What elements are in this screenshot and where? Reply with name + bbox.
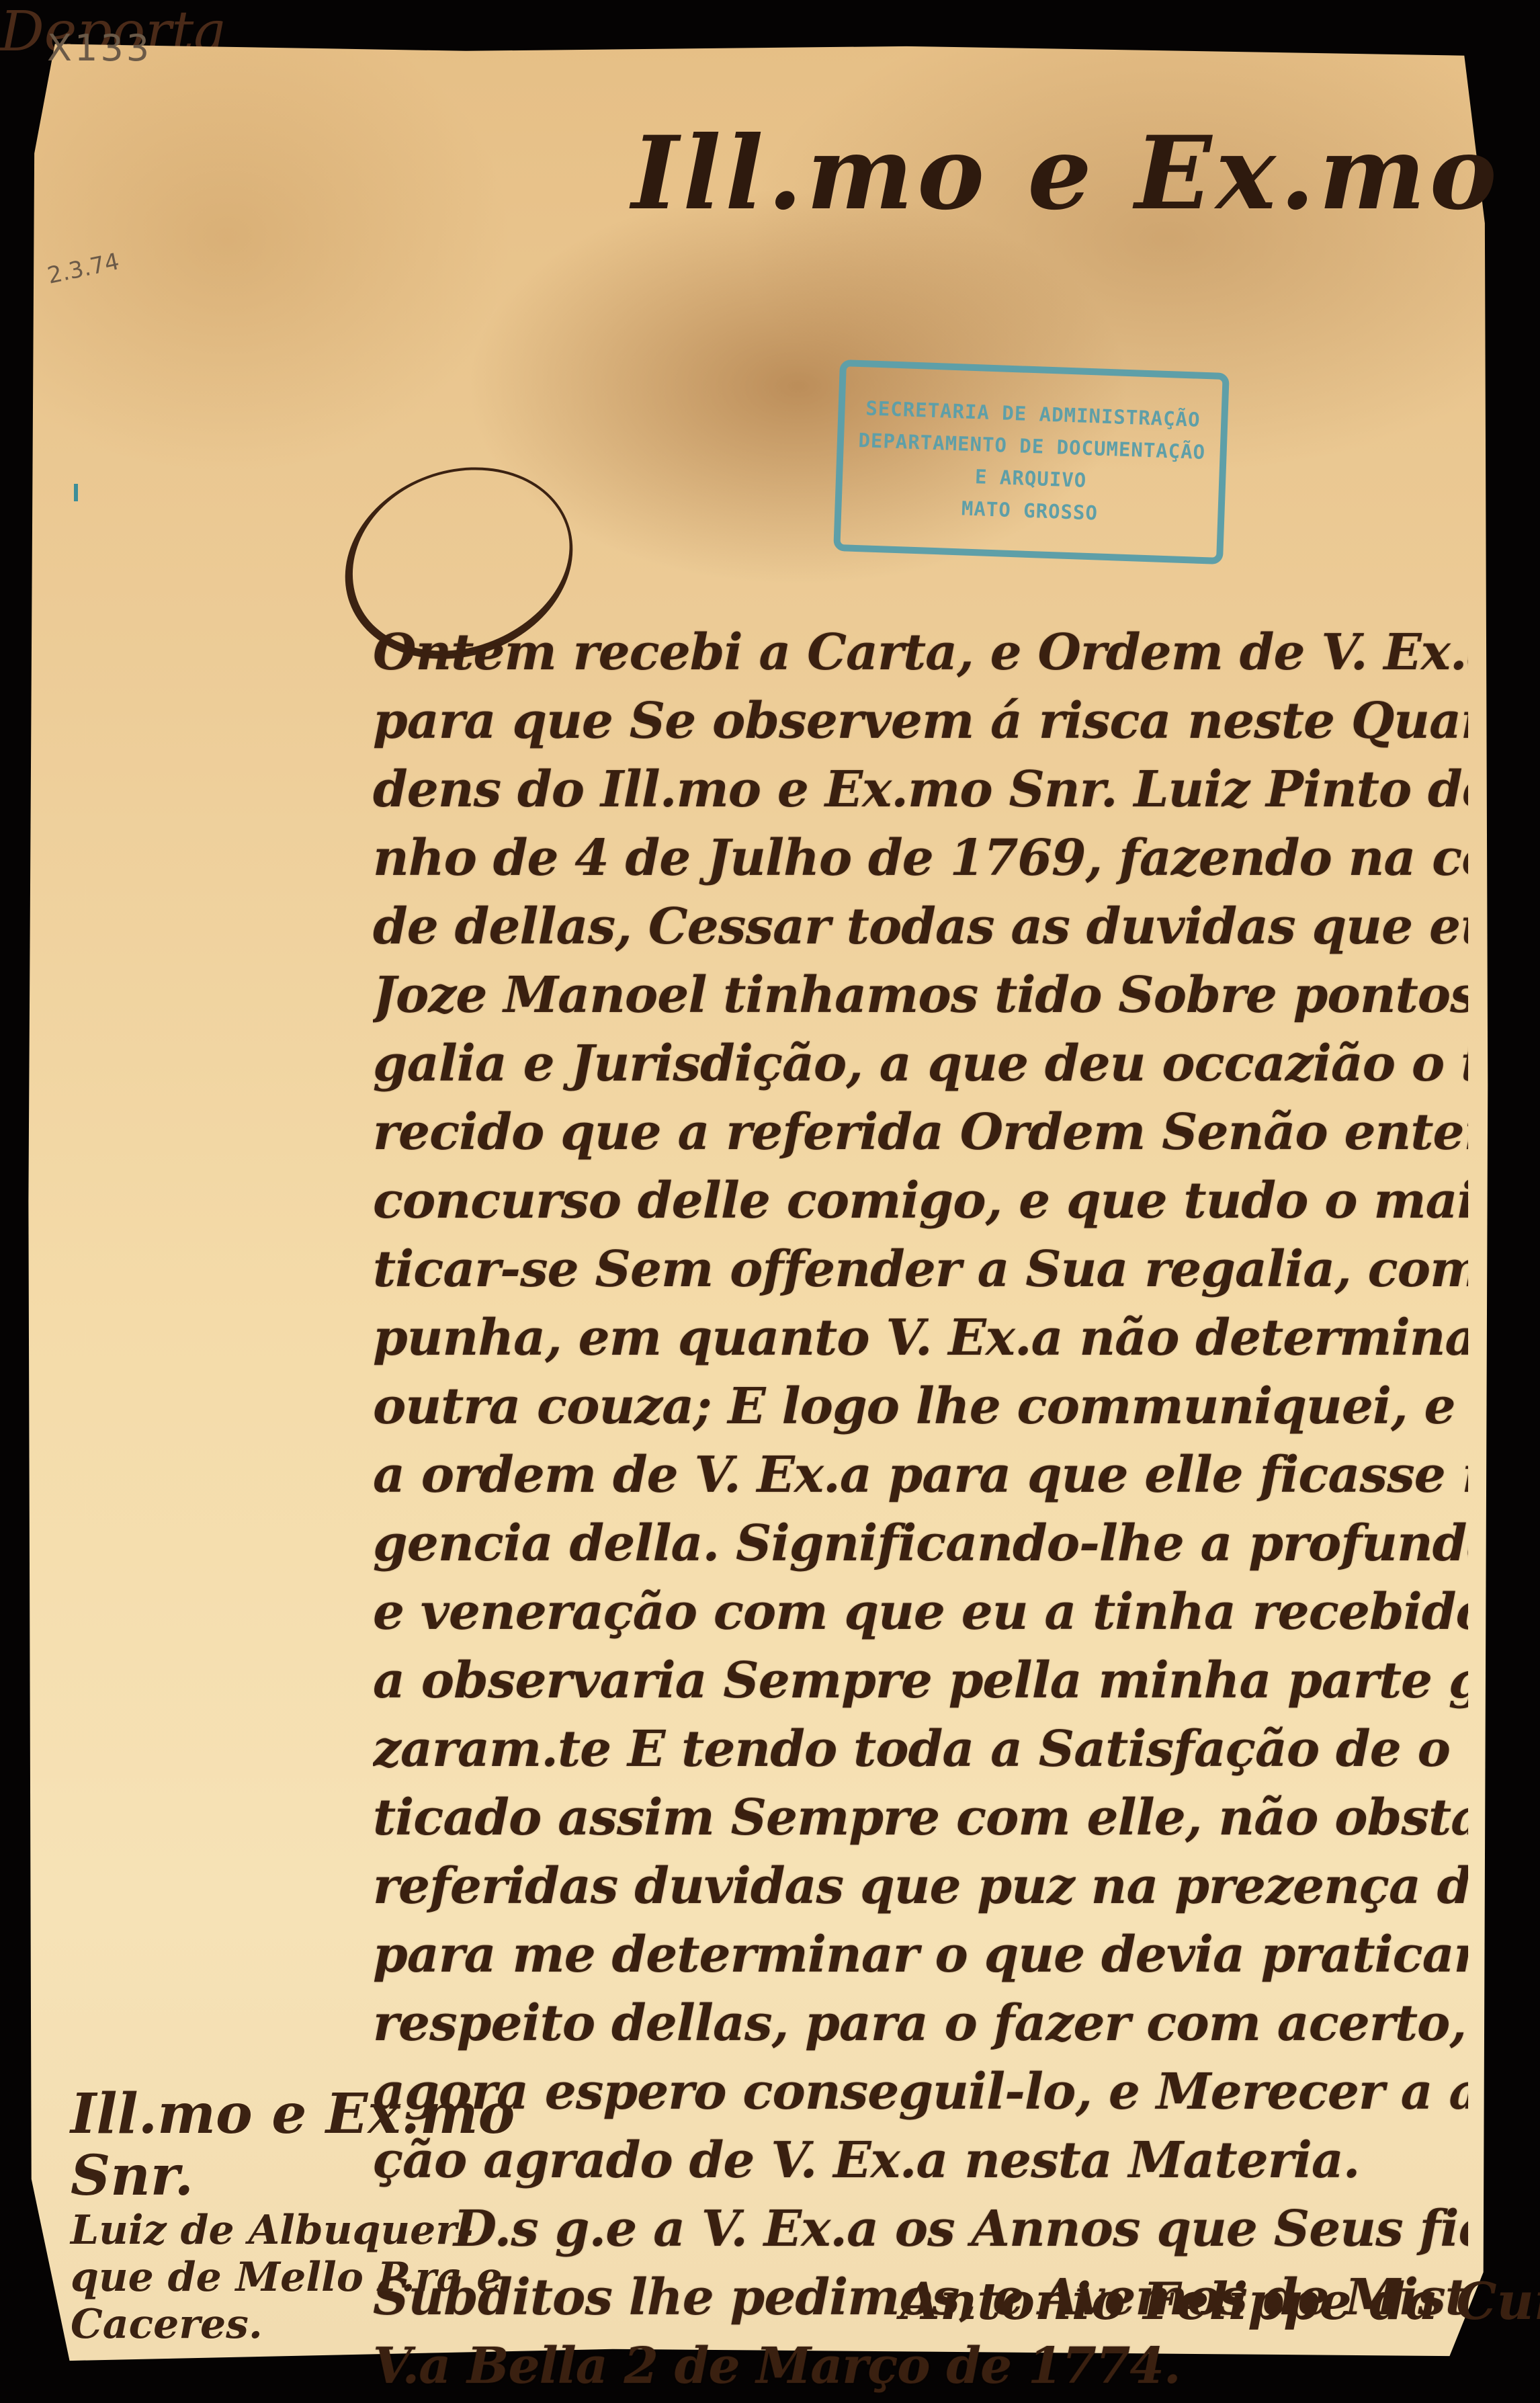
- body-line: outra couza; E logo lhe communiquei, e d…: [373, 1372, 1468, 1441]
- archive-code: X133: [47, 27, 152, 69]
- salutation: Ill.mo e Ex.mo Snr.: [632, 114, 1540, 233]
- addressee-title: Snr.: [71, 2145, 541, 2207]
- stamp-line: MATO GROSSO: [961, 497, 1098, 524]
- body-line: a observaria Sempre pella minha parte go…: [373, 1646, 1468, 1715]
- body-line: a ordem de V. Ex.a para que elle ficasse…: [373, 1441, 1468, 1509]
- body-line: para me determinar o que devia praticar …: [373, 1921, 1468, 1989]
- body-line: recido que a referida Ordem Senão entend…: [373, 1098, 1468, 1167]
- body-line: referidas duvidas que puz na prezença de…: [373, 1852, 1468, 1921]
- stamp-line: SECRETARIA DE ADMINISTRAÇÃO: [865, 396, 1201, 431]
- body-line: galia e Jurisdição, a que deu occazião o…: [373, 1029, 1468, 1098]
- addressee-name: que de Mello P.ra e Caceres.: [71, 2254, 541, 2348]
- body-line: respeito dellas, para o fazer com acerto…: [373, 1989, 1468, 2058]
- body-line: de dellas, Cessar todas as duvidas que e…: [373, 892, 1468, 961]
- body-line: nho de 4 de Julho de 1769, fazendo na co…: [373, 824, 1468, 892]
- addressee-block: Ill.mo e Ex.mo Snr. Luiz de Albuquer- qu…: [71, 2083, 541, 2348]
- addressee-name: Luiz de Albuquer-: [71, 2207, 541, 2254]
- body-line: punha, em quanto V. Ex.a não determinass…: [373, 1304, 1468, 1372]
- body-line: para que Se observem á risca neste Quart…: [373, 687, 1468, 755]
- body-line: dens do Ill.mo e Ex.mo Snr. Luiz Pinto d…: [373, 755, 1468, 824]
- stamp-line: E ARQUIVO: [975, 465, 1087, 492]
- body-line: e veneração com que eu a tinha recebido,…: [373, 1578, 1468, 1646]
- ink-mark: [74, 484, 78, 501]
- signature: Antonio Felippe da Cunha Ponte: [900, 2271, 1540, 2331]
- archive-stamp: SECRETARIA DE ADMINISTRAÇÃO DEPARTAMENTO…: [833, 360, 1230, 564]
- body-line: Ontem recebi a Carta, e Ordem de V. Ex.a: [373, 618, 1468, 687]
- body-line: zaram.te E tendo toda a Satisfação de o …: [373, 1715, 1468, 1783]
- addressee-title: Ill.mo e Ex.mo: [71, 2083, 541, 2145]
- body-line: concurso delle comigo, e que tudo o mais…: [373, 1167, 1468, 1235]
- stamp-line: DEPARTAMENTO DE DOCUMENTAÇÃO: [858, 429, 1206, 464]
- body-line: Joze Manoel tinhamos tido Sobre pontos d…: [373, 961, 1468, 1029]
- body-line: gencia della. Significando-lhe a profund…: [373, 1509, 1468, 1578]
- body-line: ticado assim Sempre com elle, não obstan…: [373, 1783, 1468, 1852]
- body-line: ticar-se Sem offender a Sua regalia, com…: [373, 1235, 1468, 1304]
